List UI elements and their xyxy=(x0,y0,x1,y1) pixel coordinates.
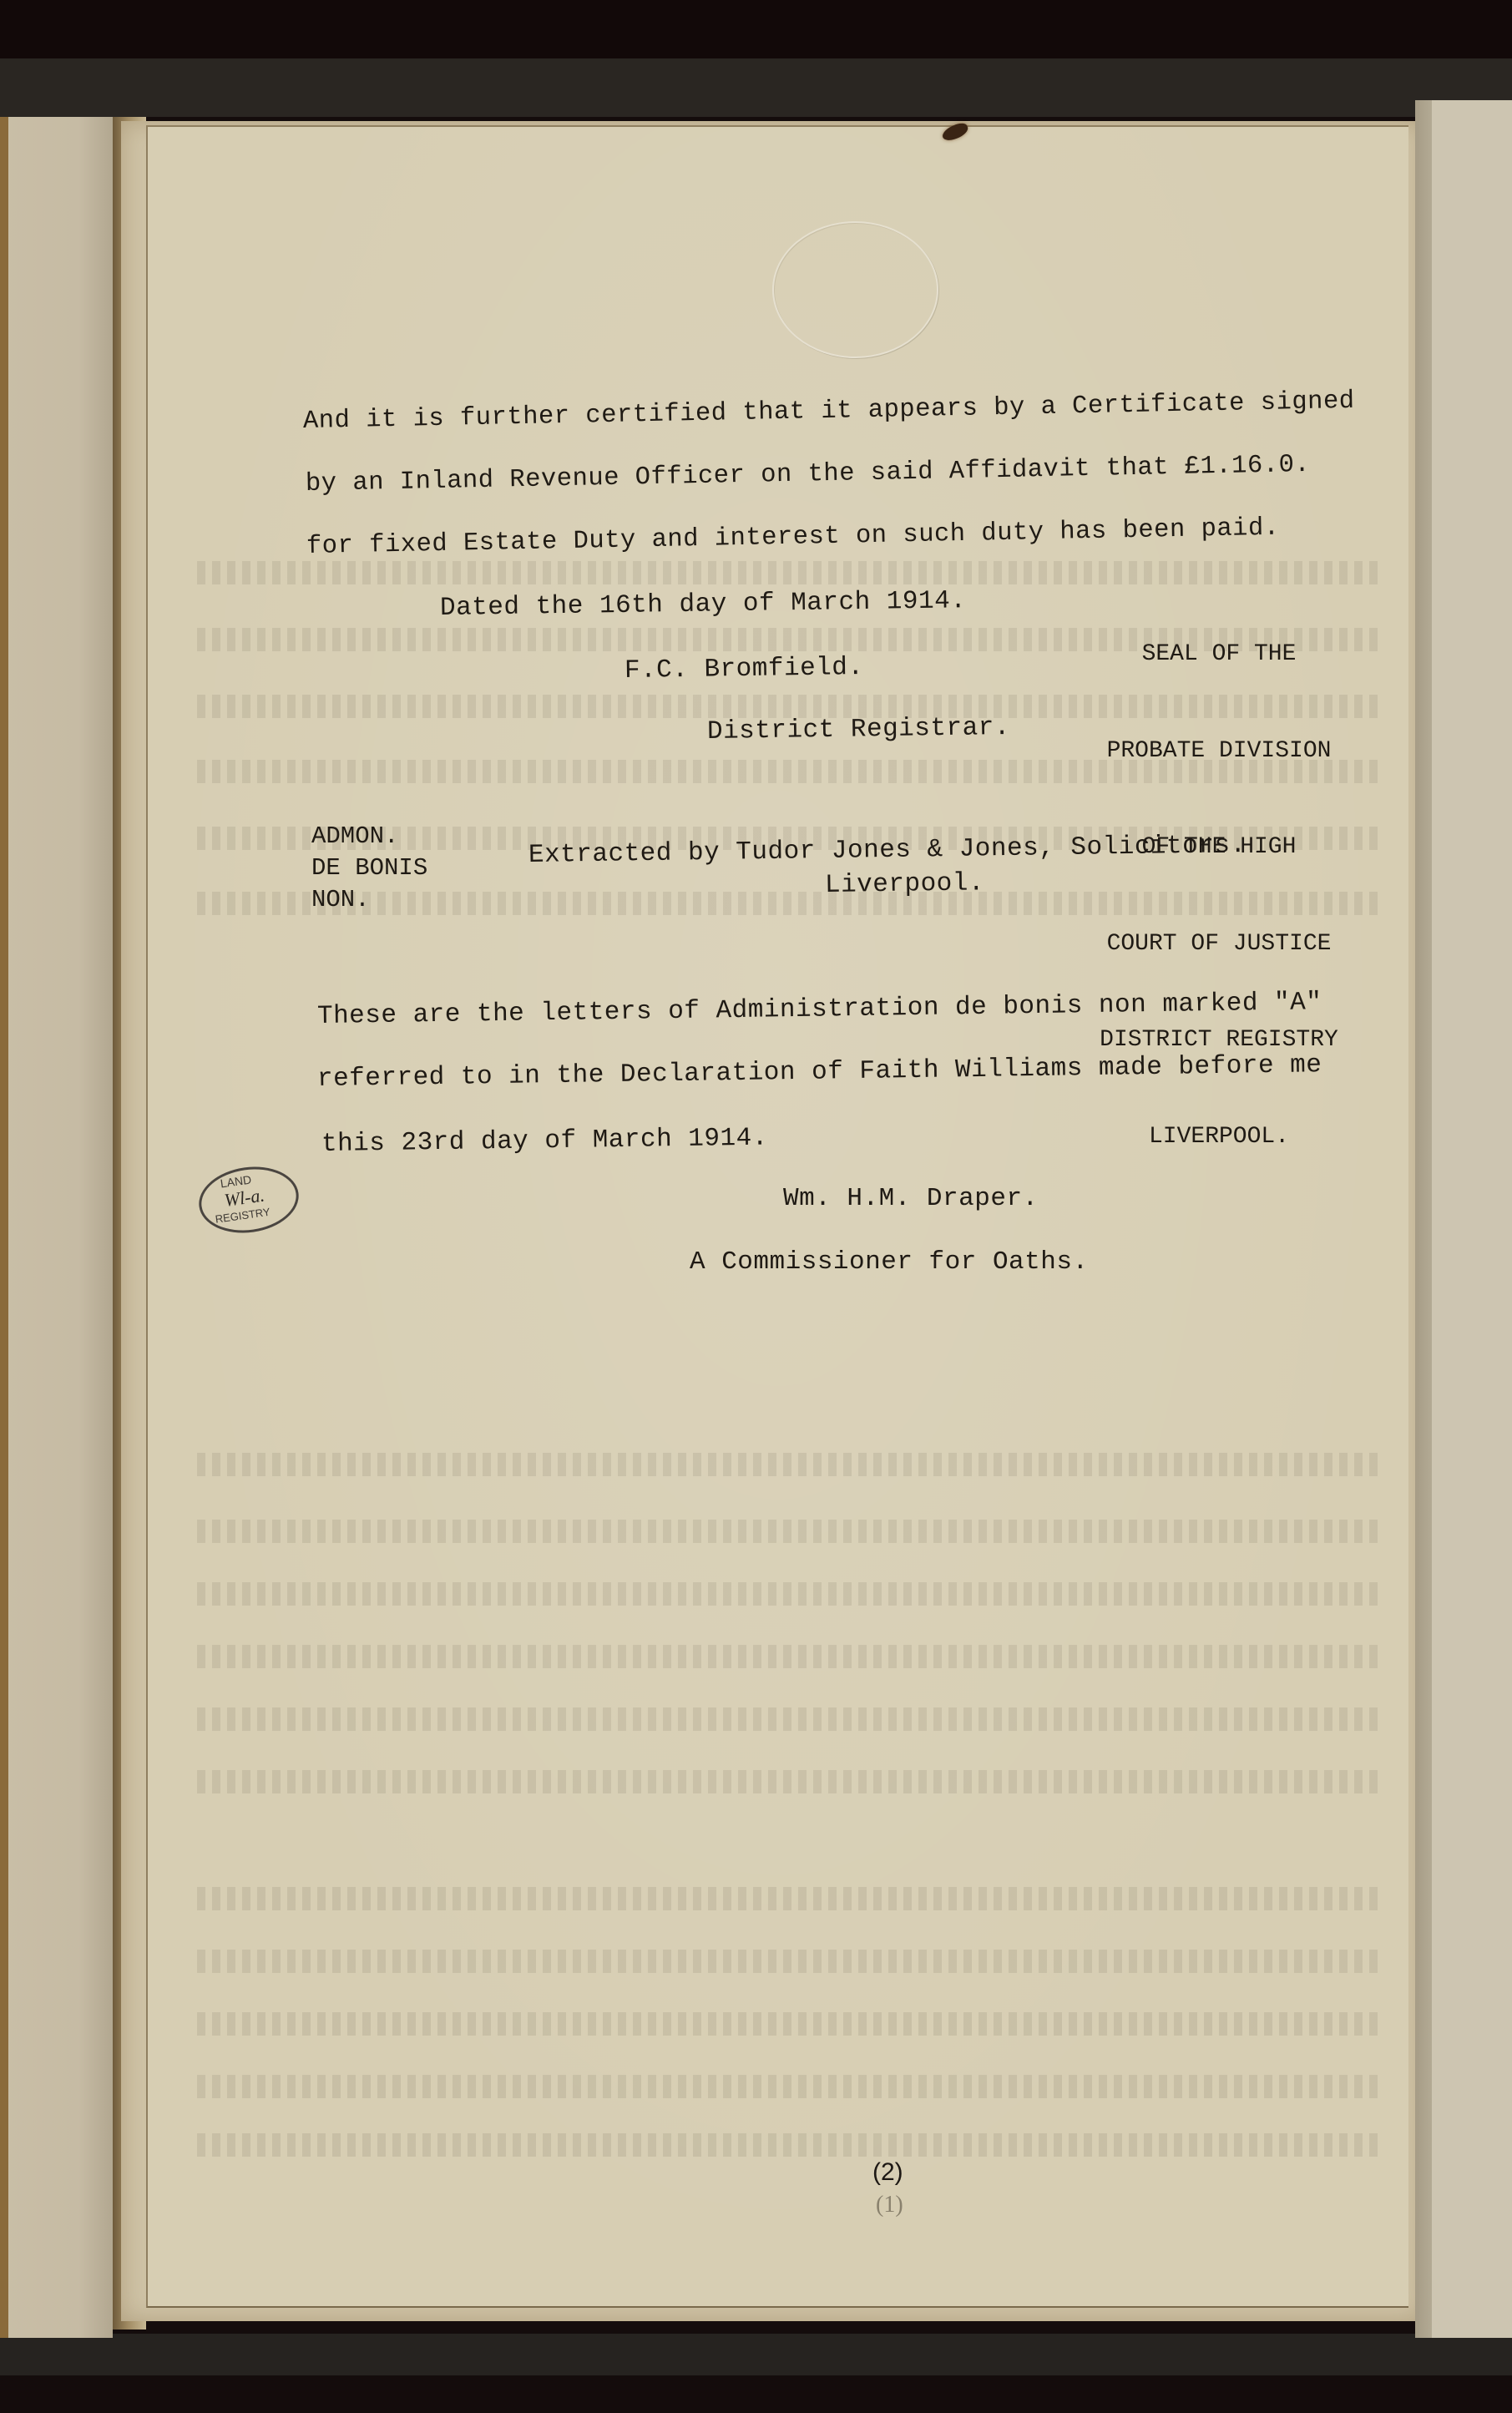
seal-text-block: SEAL OF THE PROBATE DIVISION OF THE HIGH… xyxy=(1069,574,1369,1186)
show-through-texture xyxy=(192,2012,1378,2036)
show-through-texture xyxy=(192,1707,1378,1731)
seal-line: COURT OF JUSTICE xyxy=(1069,928,1369,961)
admon-label-block: ADMON. DE BONIS NON. xyxy=(311,821,478,916)
right-page-leaf xyxy=(1432,100,1512,2338)
show-through-texture xyxy=(192,2133,1378,2157)
show-through-texture xyxy=(192,1645,1378,1668)
book-cloth-band xyxy=(0,58,1512,117)
seal-line: PROBATE DIVISION xyxy=(1069,736,1369,768)
registrar-name: F.C. Bromfield. xyxy=(625,653,864,686)
show-through-texture xyxy=(192,1950,1378,1973)
admon-line: DE BONIS xyxy=(311,852,478,884)
left-page-edge xyxy=(0,117,8,2338)
page-number-show-through: (1) xyxy=(876,2192,903,2218)
admon-line: NON. xyxy=(311,884,478,916)
registrar-title: District Registrar. xyxy=(707,713,1010,747)
show-through-texture xyxy=(192,1582,1378,1606)
book-cloth-bottom xyxy=(0,2334,1512,2375)
book-cloth-top xyxy=(0,0,1512,58)
stamp-bottom-text: REGISTRY xyxy=(215,1206,271,1226)
commissioner-name: Wm. H.M. Draper. xyxy=(783,1184,1039,1214)
embossed-seal-icon xyxy=(772,221,938,358)
page-number: (2) xyxy=(872,2158,903,2187)
left-page-leaf xyxy=(0,117,113,2338)
seal-line: SEAL OF THE xyxy=(1069,639,1369,671)
show-through-texture xyxy=(192,1887,1378,1910)
show-through-texture xyxy=(192,1770,1378,1793)
commissioner-title: A Commissioner for Oaths. xyxy=(690,1247,1089,1277)
admon-line: ADMON. xyxy=(311,821,478,852)
right-page-shadow xyxy=(1415,100,1432,2338)
show-through-texture xyxy=(192,2075,1378,2098)
seal-line: LIVERPOOL. xyxy=(1069,1121,1369,1154)
show-through-texture xyxy=(192,1520,1378,1543)
show-through-texture xyxy=(192,1453,1378,1476)
declaration-line-3: this 23rd day of March 1914. xyxy=(321,1124,768,1160)
extracted-place: Liverpool. xyxy=(825,868,985,901)
